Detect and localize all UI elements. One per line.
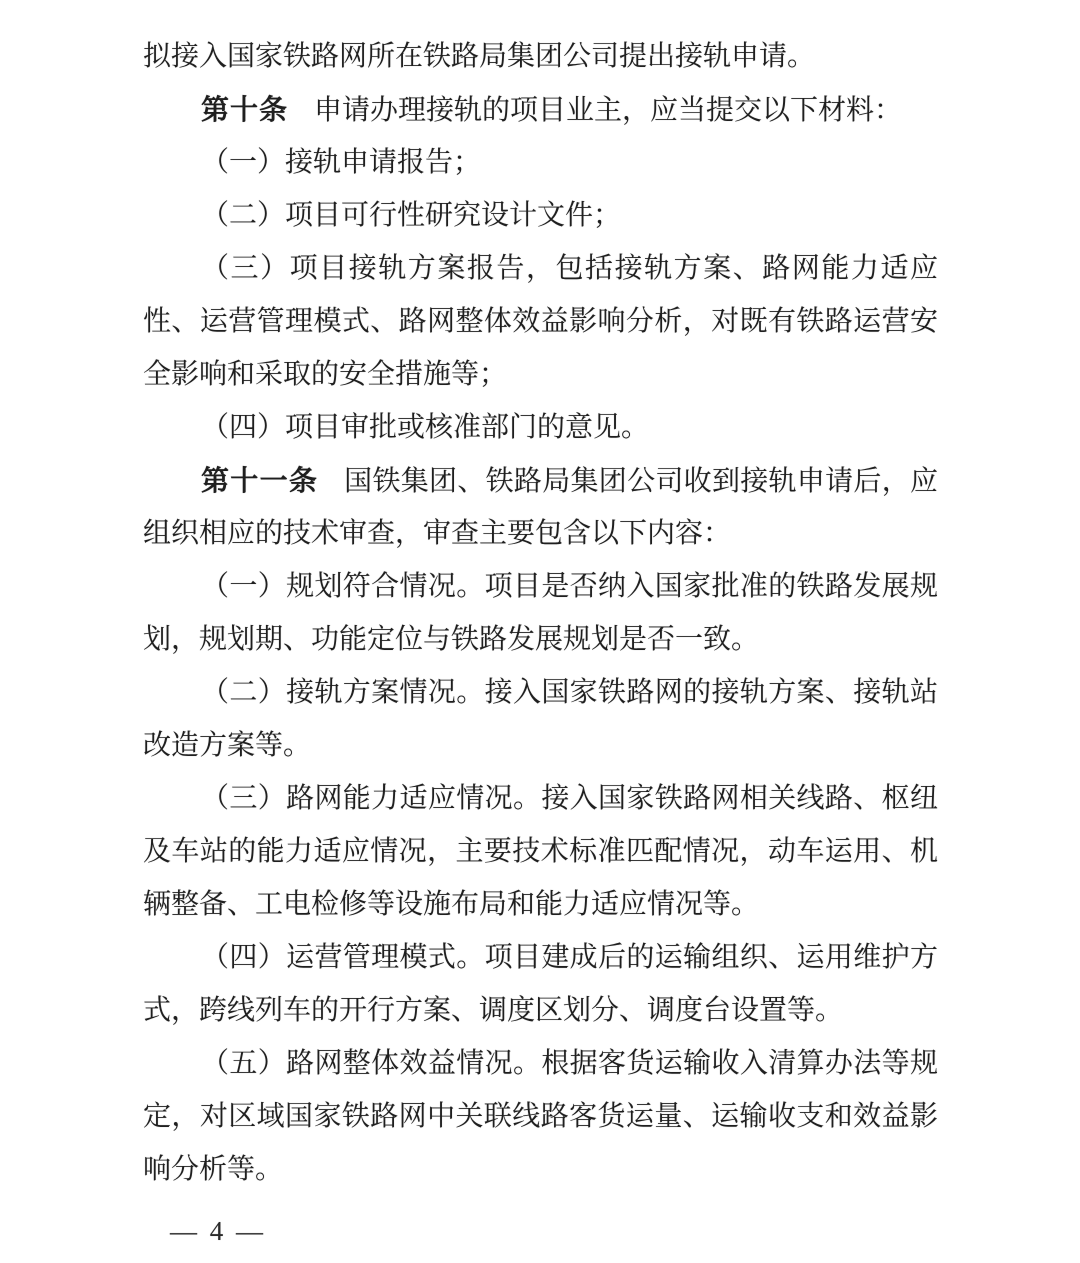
article-11-item-1-line-1: （一）规划符合情况。项目是否纳入国家批准的铁路发展规 — [143, 560, 938, 613]
article-11-heading-text: 国铁集团、铁路局集团公司收到接轨申请后，应 — [344, 466, 938, 497]
article-11-item-4-line-2: 式，跨线列车的开行方案、调度区划分、调度台设置等。 — [143, 984, 938, 1037]
article-10-number: 第十条 — [201, 94, 288, 125]
article-11-item-3-line-1: （三）路网能力适应情况。接入国家铁路网相关线路、枢纽 — [143, 772, 938, 825]
article-11-heading-line-2: 组织相应的技术审查，审查主要包含以下内容： — [143, 507, 938, 560]
article-11-item-5-line-2: 定，对区域国家铁路网中关联线路客货运量、运输收支和效益影 — [143, 1090, 938, 1143]
article-11-item-3-line-2: 及车站的能力适应情况，主要技术标准匹配情况，动车运用、机 — [143, 825, 938, 878]
document-body: 拟接入国家铁路网所在铁路局集团公司提出接轨申请。 第十条申请办理接轨的项目业主，… — [143, 30, 938, 1196]
continuation-line: 拟接入国家铁路网所在铁路局集团公司提出接轨申请。 — [143, 30, 938, 83]
article-10-heading: 第十条申请办理接轨的项目业主，应当提交以下材料： — [143, 83, 938, 136]
article-10-item-1: （一）接轨申请报告； — [143, 136, 938, 189]
article-11-heading-line-1: 第十一条国铁集团、铁路局集团公司收到接轨申请后，应 — [143, 454, 938, 507]
article-10-item-4: （四）项目审批或核准部门的意见。 — [143, 401, 938, 454]
article-10-item-3-line-1: （三）项目接轨方案报告，包括接轨方案、路网能力适应 — [143, 242, 938, 295]
article-11-number: 第十一条 — [201, 465, 318, 496]
article-11-item-5-line-3: 响分析等。 — [143, 1143, 938, 1196]
article-11-item-5-line-1: （五）路网整体效益情况。根据客货运输收入清算办法等规 — [143, 1037, 938, 1090]
article-10-item-3-line-2: 性、运营管理模式、路网整体效益影响分析，对既有铁路运营安 — [143, 295, 938, 348]
page-number: — 4 — — [170, 1205, 266, 1258]
article-10-item-3-line-3: 全影响和采取的安全措施等； — [143, 348, 938, 401]
article-10-item-2: （二）项目可行性研究设计文件； — [143, 189, 938, 242]
article-11-item-2-line-1: （二）接轨方案情况。接入国家铁路网的接轨方案、接轨站 — [143, 666, 938, 719]
article-10-heading-text: 申请办理接轨的项目业主，应当提交以下材料： — [314, 95, 902, 126]
article-11-item-1-line-2: 划，规划期、功能定位与铁路发展规划是否一致。 — [143, 613, 938, 666]
article-11-item-4-line-1: （四）运营管理模式。项目建成后的运输组织、运用维护方 — [143, 931, 938, 984]
document-page: 拟接入国家铁路网所在铁路局集团公司提出接轨申请。 第十条申请办理接轨的项目业主，… — [0, 0, 1080, 1263]
article-11-item-3-line-3: 辆整备、工电检修等设施布局和能力适应情况等。 — [143, 878, 938, 931]
article-11-item-2-line-2: 改造方案等。 — [143, 719, 938, 772]
